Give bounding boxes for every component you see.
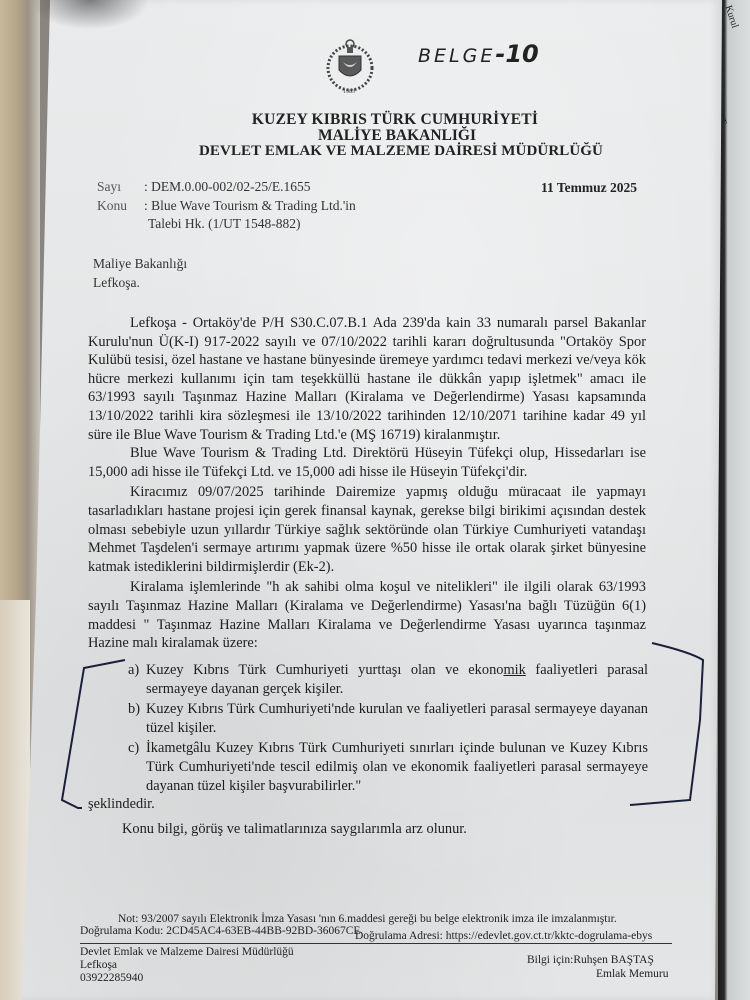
footer-divider [80,943,672,944]
verification-code: Doğrulama Kodu: 2CD45AC4-63EB-44BB-92BD-… [80,925,360,937]
e-signature-note: Not: 93/2007 sayılı Elektronik İmza Yasa… [118,913,617,925]
verification-address: Doğrulama Adresi: https://edevlet.gov.ct… [355,930,652,942]
footer-contact-title: Emlak Memuru [596,968,669,980]
handwritten-bracket-icon [0,0,750,1000]
document: 1983 BELGE-10 KUZEY KIBRIS TÜRK CUMHURİY… [0,0,750,1000]
footer-city: Lefkoşa [80,959,117,971]
footer-phone: 03922285940 [80,972,143,984]
footer-office: Devlet Emlak ve Malzeme Dairesi Müdürlüğ… [80,946,294,958]
footer-contact: Bilgi için:Ruhşen BAŞTAŞ [527,954,654,966]
